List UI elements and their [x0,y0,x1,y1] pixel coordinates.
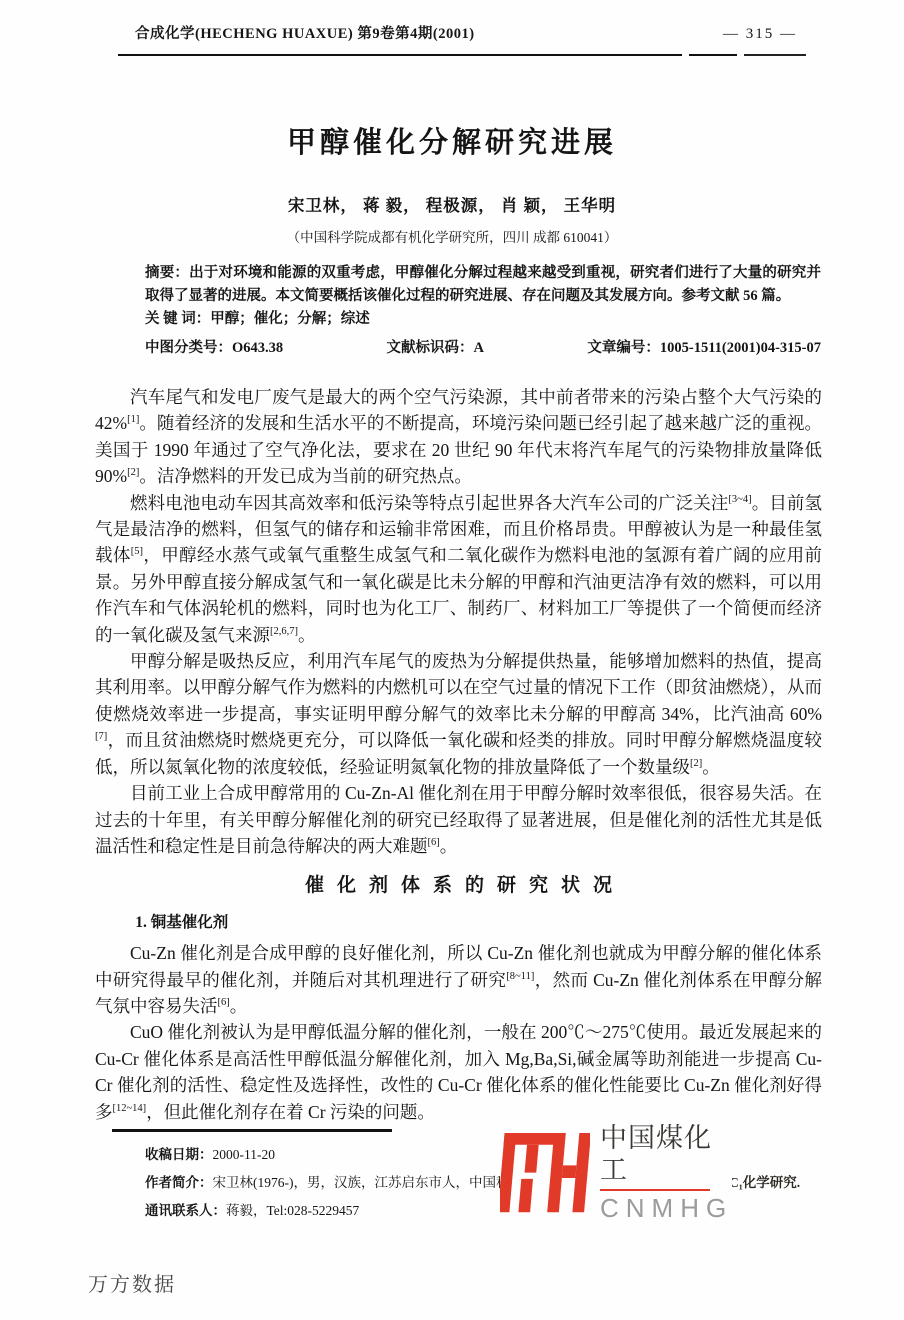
citation-ref: [7] [95,731,107,742]
body-paragraph: 甲醇分解是吸热反应，利用汽车尾气的废热为分解提供热量，能够增加燃料的热值，提高其… [95,648,822,780]
citation-ref: [2] [127,467,139,478]
citation-ref: [2,6,7] [270,626,298,637]
citation-ref: [6] [428,837,440,848]
citation-ref: [6] [218,997,230,1008]
body-paragraph: Cu-Zn 催化剂是合成甲醇的良好催化剂，所以 Cu-Zn 催化剂也就成为甲醇分… [95,940,822,1019]
citation-ref: [1] [127,415,139,426]
journal-header: 合成化学(HECHENG HUAXUE) 第9卷第4期(2001) — 315 … [135,22,797,43]
clc-item: 中图分类号：O643.38 [145,337,283,360]
section1-paragraphs: Cu-Zn 催化剂是合成甲醇的良好催化剂，所以 Cu-Zn 催化剂也就成为甲醇分… [95,940,822,1125]
article-body: 汽车尾气和发电厂废气是最大的两个空气污染源，其中前者带来的污染占整个大气污染的 … [95,384,822,1130]
cnmhg-latin-label: CNMHG [600,1193,733,1223]
body-paragraph: CuO 催化剂被认为是甲醇低温分解的催化剂，一般在 200℃～275℃使用。最近… [95,1019,822,1125]
citation-ref: [5] [131,547,143,558]
abstract-text: 摘要：出于对环境和能源的双重考虑，甲醇催化分解过程越来越受到重视，研究者们进行了… [145,262,821,308]
keywords-line: 关 键 词：甲醇；催化；分解；综述 [145,308,821,331]
cnmhg-logo-icon [500,1124,590,1214]
intro-paragraphs: 汽车尾气和发电厂废气是最大的两个空气污染源，其中前者带来的污染占整个大气污染的 … [95,384,822,859]
page-number: — 315 — [723,26,797,43]
abstract-label: 摘要： [145,265,189,281]
body-paragraph: 汽车尾气和发电厂废气是最大的两个空气污染源，其中前者带来的污染占整个大气污染的 … [95,384,822,490]
body-paragraph: 燃料电池电动车因其高效率和低污染等特点引起世界各大汽车公司的广泛关注[3~4]。… [95,490,822,648]
abstract-block: 摘要：出于对环境和能源的双重考虑，甲醇催化分解过程越来越受到重视，研究者们进行了… [145,262,821,360]
citation-ref: [12~14] [113,1103,147,1114]
section-heading: 催化剂体系的研究状况 [95,873,822,899]
subsection-heading: 1. 铜基催化剂 [135,910,822,936]
keywords-value: 甲醇；催化；分解；综述 [210,311,370,327]
abstract-body: 出于对环境和能源的双重考虑，甲醇催化分解过程越来越受到重视，研究者们进行了大量的… [145,265,821,304]
article-title: 甲醇催化分解研究进展 [0,120,904,161]
citation-ref: [2] [690,758,702,769]
meta-row: 中图分类号：O643.38 文献标识码：A 文章编号：1005-1511(200… [145,337,821,360]
cnmhg-chinese-label: 中国煤化工 [600,1122,733,1186]
cnmhg-text-column: 中国煤化工 CNMHG [600,1122,733,1223]
article-affiliation: （中国科学院成都有机化学研究所，四川 成都 610041） [0,226,904,246]
header-divider [118,54,806,56]
article-authors: 宋卫林， 蒋 毅， 程极源， 肖 颖， 王华明 [0,192,904,216]
cnmhg-red-underline [600,1189,710,1191]
footnote-divider [112,1129,392,1132]
cnmhg-watermark: 中国煤化工 CNMHG [500,1122,732,1218]
author-bio-tail: C₁化学研究. [729,1169,800,1197]
journal-title: 合成化学(HECHENG HUAXUE) 第9卷第4期(2001) [135,22,475,43]
citation-ref: [3~4] [728,494,751,505]
doc-code-item: 文献标识码：A [387,337,484,360]
wanfang-watermark: 万方数据 [88,1268,176,1297]
body-paragraph: 目前工业上合成甲醇常用的 Cu-Zn-Al 催化剂在用于甲醇分解时效率很低，很容… [95,780,822,859]
article-id-item: 文章编号：1005-1511(2001)04-315-07 [587,337,821,360]
journal-page: 合成化学(HECHENG HUAXUE) 第9卷第4期(2001) — 315 … [0,0,904,1320]
keywords-label: 关 键 词： [145,311,210,327]
citation-ref: [8~11] [506,971,534,982]
